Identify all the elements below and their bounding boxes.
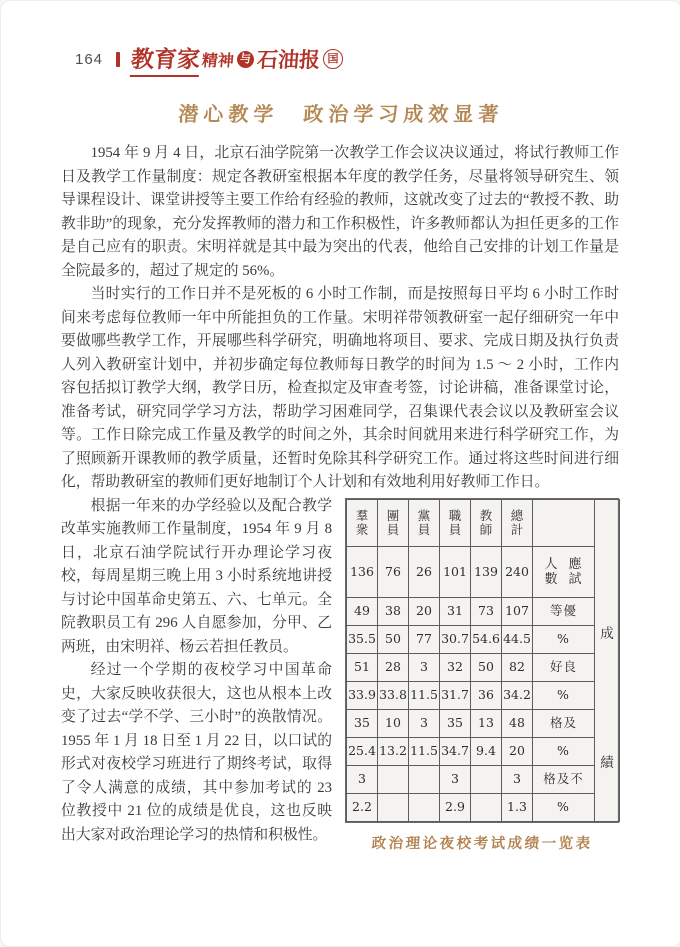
table-cell: 54.6 (471, 625, 502, 653)
running-header: 164 教育家 精神 与 石油报 国 (75, 41, 343, 77)
table-cell: 25.4 (347, 737, 378, 765)
column-header: 黨員 (409, 499, 440, 546)
row-label: 人數應試 (533, 546, 595, 597)
column-header: 職員 (440, 499, 471, 546)
figure-caption: 政治理论夜校考试成绩一览表 (344, 833, 619, 857)
table-cell: 50 (378, 625, 409, 653)
table-cell: 9.4 (471, 737, 502, 765)
table-cell: 82 (502, 653, 533, 681)
book-brand-logo: 教育家 精神 与 石油报 国 (131, 41, 343, 77)
table-cell: 50 (471, 653, 502, 681)
table-cell: 3 (409, 653, 440, 681)
paragraph-2: 当时实行的工作日并不是死板的 6 小时工作制，而是按照每日平均 6 小时工作时间… (61, 283, 619, 495)
exam-results-figure: 羣衆團員黨員職員教師總計 成 績1367626101139240 人數應試493… (345, 498, 619, 857)
table-row: 25.413.211.534.79.420% (347, 737, 620, 765)
table-cell (409, 793, 440, 821)
table-cell: 35 (347, 709, 378, 737)
table-row: 2.22.91.3% (347, 793, 620, 821)
table-cell: 3 (440, 765, 471, 793)
table-cell: 30.7 (440, 625, 471, 653)
table-cell: 107 (502, 597, 533, 625)
column-header: 團員 (378, 499, 409, 546)
table-cell: 33.9 (347, 681, 378, 709)
section-title: 潜心教学 政治学习成效显著 (0, 98, 680, 127)
table-cell (378, 765, 409, 793)
table-cell: 35.5 (347, 625, 378, 653)
table-cell: 2.2 (347, 793, 378, 821)
table-cell: 34.7 (440, 737, 471, 765)
table-cell (378, 793, 409, 821)
table-cell: 31.7 (440, 681, 471, 709)
table-cell: 49 (347, 597, 378, 625)
table-cell: 240 (502, 546, 533, 597)
table-cell: 31 (440, 597, 471, 625)
table-cell: 32 (440, 653, 471, 681)
brand-badge-circle: 与 (237, 51, 254, 68)
row-label: 格及不 (533, 765, 595, 793)
brand-circled-char: 国 (323, 49, 343, 69)
table-cell: 139 (471, 546, 502, 597)
table-cell: 11.5 (409, 681, 440, 709)
table-cell: 34.2 (502, 681, 533, 709)
table-cell: 20 (502, 737, 533, 765)
paragraph-1: 1954 年 9 月 4 日，北京石油学院第一次教学工作会议决议通过，将试行教师… (61, 142, 619, 283)
table-cell: 44.5 (502, 625, 533, 653)
table-cell: 101 (440, 546, 471, 597)
table-cell: 20 (409, 597, 440, 625)
table-row: 333格及不 (347, 765, 620, 793)
table-cell (471, 765, 502, 793)
table-cell: 76 (378, 546, 409, 597)
table-cell: 33.8 (378, 681, 409, 709)
column-header: 羣衆 (347, 499, 378, 546)
scanned-table-image: 羣衆團員黨員職員教師總計 成 績1367626101139240 人數應試493… (345, 498, 619, 823)
body-text: 1954 年 9 月 4 日，北京石油学院第一次教学工作会议决议通过，将试行教师… (61, 142, 619, 860)
row-label: % (533, 625, 595, 653)
table-cell: 51 (347, 653, 378, 681)
table-cell: 26 (409, 546, 440, 597)
table-row: 33.933.811.531.73634.2% (347, 681, 620, 709)
table-cell: 3 (502, 765, 533, 793)
column-header: 教師 (471, 499, 502, 546)
book-page: 164 教育家 精神 与 石油报 国 潜心教学 政治学习成效显著 1954 年 … (0, 0, 680, 947)
table-cell: 10 (378, 709, 409, 737)
row-label: % (533, 737, 595, 765)
table-cell: 38 (378, 597, 409, 625)
table-cell: 48 (502, 709, 533, 737)
header-divider-bar (116, 52, 120, 67)
table-cell: 36 (471, 681, 502, 709)
row-label: 好良 (533, 653, 595, 681)
table-cell: 73 (471, 597, 502, 625)
row-label: % (533, 681, 595, 709)
column-header: 總計 (502, 499, 533, 546)
table-cell: 1.3 (502, 793, 533, 821)
table-cell: 3 (409, 709, 440, 737)
table-row: 4938203173107等優 (347, 597, 620, 625)
label-column-header (533, 499, 595, 546)
side-label-score: 成 績 (595, 499, 620, 821)
row-label: % (533, 793, 595, 821)
row-label: 格及 (533, 709, 595, 737)
table-cell: 77 (409, 625, 440, 653)
table-cell (409, 765, 440, 793)
brand-part3: 石油报 (256, 44, 321, 74)
table-cell: 11.5 (409, 737, 440, 765)
page-number: 164 (75, 51, 103, 68)
table-cell: 2.9 (440, 793, 471, 821)
results-table: 羣衆團員黨員職員教師總計 成 績1367626101139240 人數應試493… (346, 499, 620, 822)
table-row: 35103351348格及 (347, 709, 620, 737)
table-cell: 136 (347, 546, 378, 597)
table-cell: 28 (378, 653, 409, 681)
table-cell: 13 (471, 709, 502, 737)
table-cell: 3 (347, 765, 378, 793)
table-cell: 13.2 (378, 737, 409, 765)
table-cell: 35 (440, 709, 471, 737)
table-row: 51283325082好良 (347, 653, 620, 681)
brand-part1: 教育家 (130, 41, 202, 77)
table-row: 1367626101139240 人數應試 (347, 546, 620, 597)
row-label: 等優 (533, 597, 595, 625)
table-row: 35.5507730.754.644.5% (347, 625, 620, 653)
table-cell (471, 793, 502, 821)
brand-part2: 精神 (201, 48, 235, 71)
